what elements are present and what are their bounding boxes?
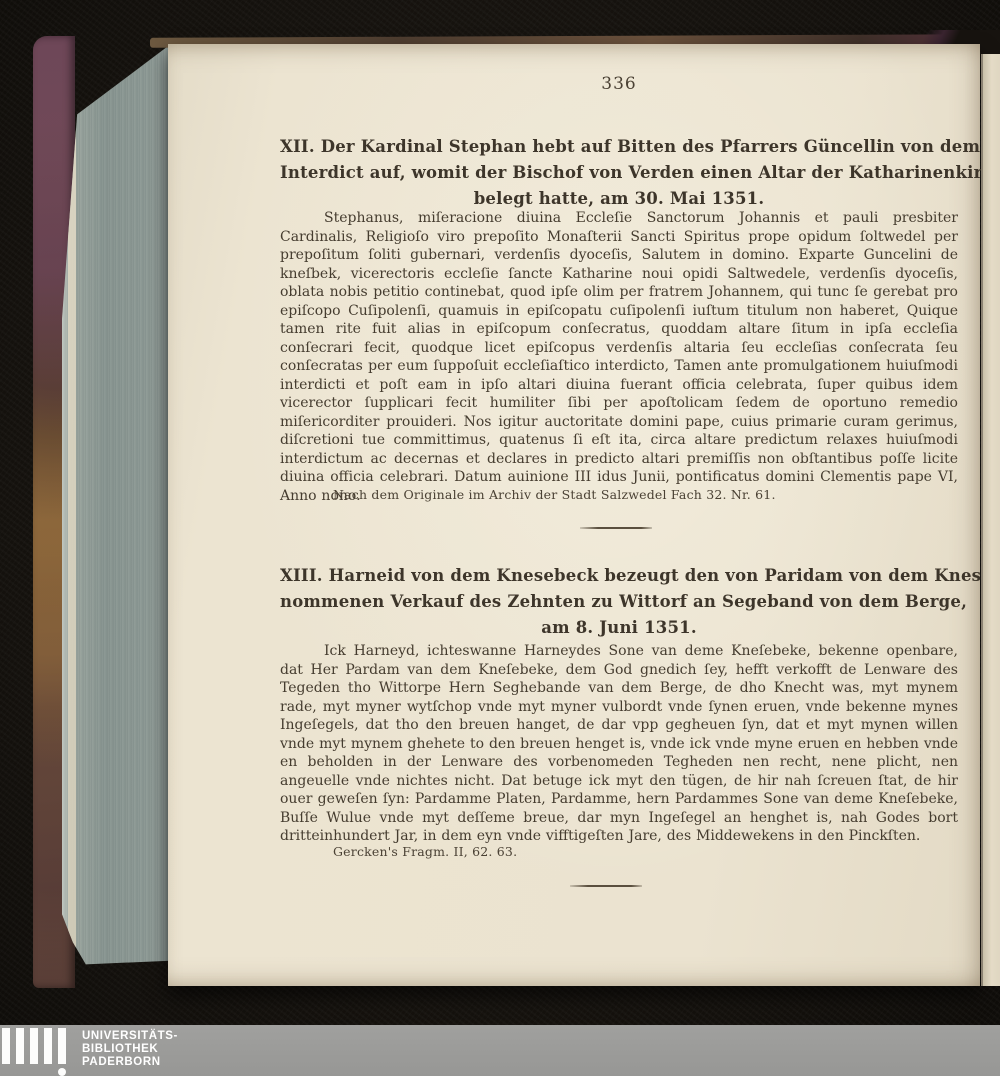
library-name-line: BIBLIOTHEK bbox=[82, 1043, 178, 1056]
book-scan-photo: 336 XII. Der Kardinal Stephan hebt auf B… bbox=[0, 0, 1000, 1076]
heading-line: XII. Der Kardinal Stephan hebt auf Bitte… bbox=[280, 134, 958, 160]
adjacent-page-edge bbox=[981, 54, 1000, 986]
library-name-line: PADERBORN bbox=[82, 1056, 178, 1069]
library-name-line: UNIVERSITÄTS- bbox=[82, 1030, 178, 1043]
book-page: 336 XII. Der Kardinal Stephan hebt auf B… bbox=[168, 44, 980, 986]
library-name: UNIVERSITÄTS- BIBLIOTHEK PADERBORN bbox=[82, 1030, 178, 1069]
section-xii-heading: XII. Der Kardinal Stephan hebt auf Bitte… bbox=[280, 134, 958, 212]
logo-bar bbox=[2, 1028, 10, 1064]
heading-line: nommenen Verkauf des Zehnten zu Wittorf … bbox=[280, 589, 958, 615]
heading-line: Interdict auf, womit der Bischof von Ver… bbox=[280, 160, 958, 186]
section-xii-source-note: Nach dem Originale im Archiv der Stadt S… bbox=[333, 487, 776, 502]
logo-bar bbox=[16, 1028, 24, 1064]
heading-line: am 8. Juni 1351. bbox=[280, 615, 958, 641]
logo-bar bbox=[30, 1028, 38, 1064]
heading-line: XIII. Harneid von dem Knesebeck bezeugt … bbox=[280, 563, 958, 589]
section-divider bbox=[570, 885, 642, 887]
page-edge-stack bbox=[62, 40, 170, 970]
logo-bar bbox=[58, 1028, 66, 1064]
logo-bar bbox=[44, 1028, 52, 1064]
page-number: 336 bbox=[283, 74, 955, 94]
section-xiii-body: Ick Harneyd, ichteswanne Harneydes Sone … bbox=[280, 642, 958, 846]
section-xiii-heading: XIII. Harneid von dem Knesebeck bezeugt … bbox=[280, 563, 958, 641]
library-footer-bar: UNIVERSITÄTS- BIBLIOTHEK PADERBORN bbox=[0, 1025, 1000, 1076]
section-divider bbox=[580, 527, 652, 529]
section-xiii-source-note: Gercken's Fragm. II, 62. 63. bbox=[333, 844, 517, 859]
section-xii-body: Stephanus, miſeracione diuina Eccleſie S… bbox=[280, 209, 958, 505]
logo-dot bbox=[58, 1068, 66, 1076]
ub-paderborn-logo-icon bbox=[2, 1028, 72, 1074]
